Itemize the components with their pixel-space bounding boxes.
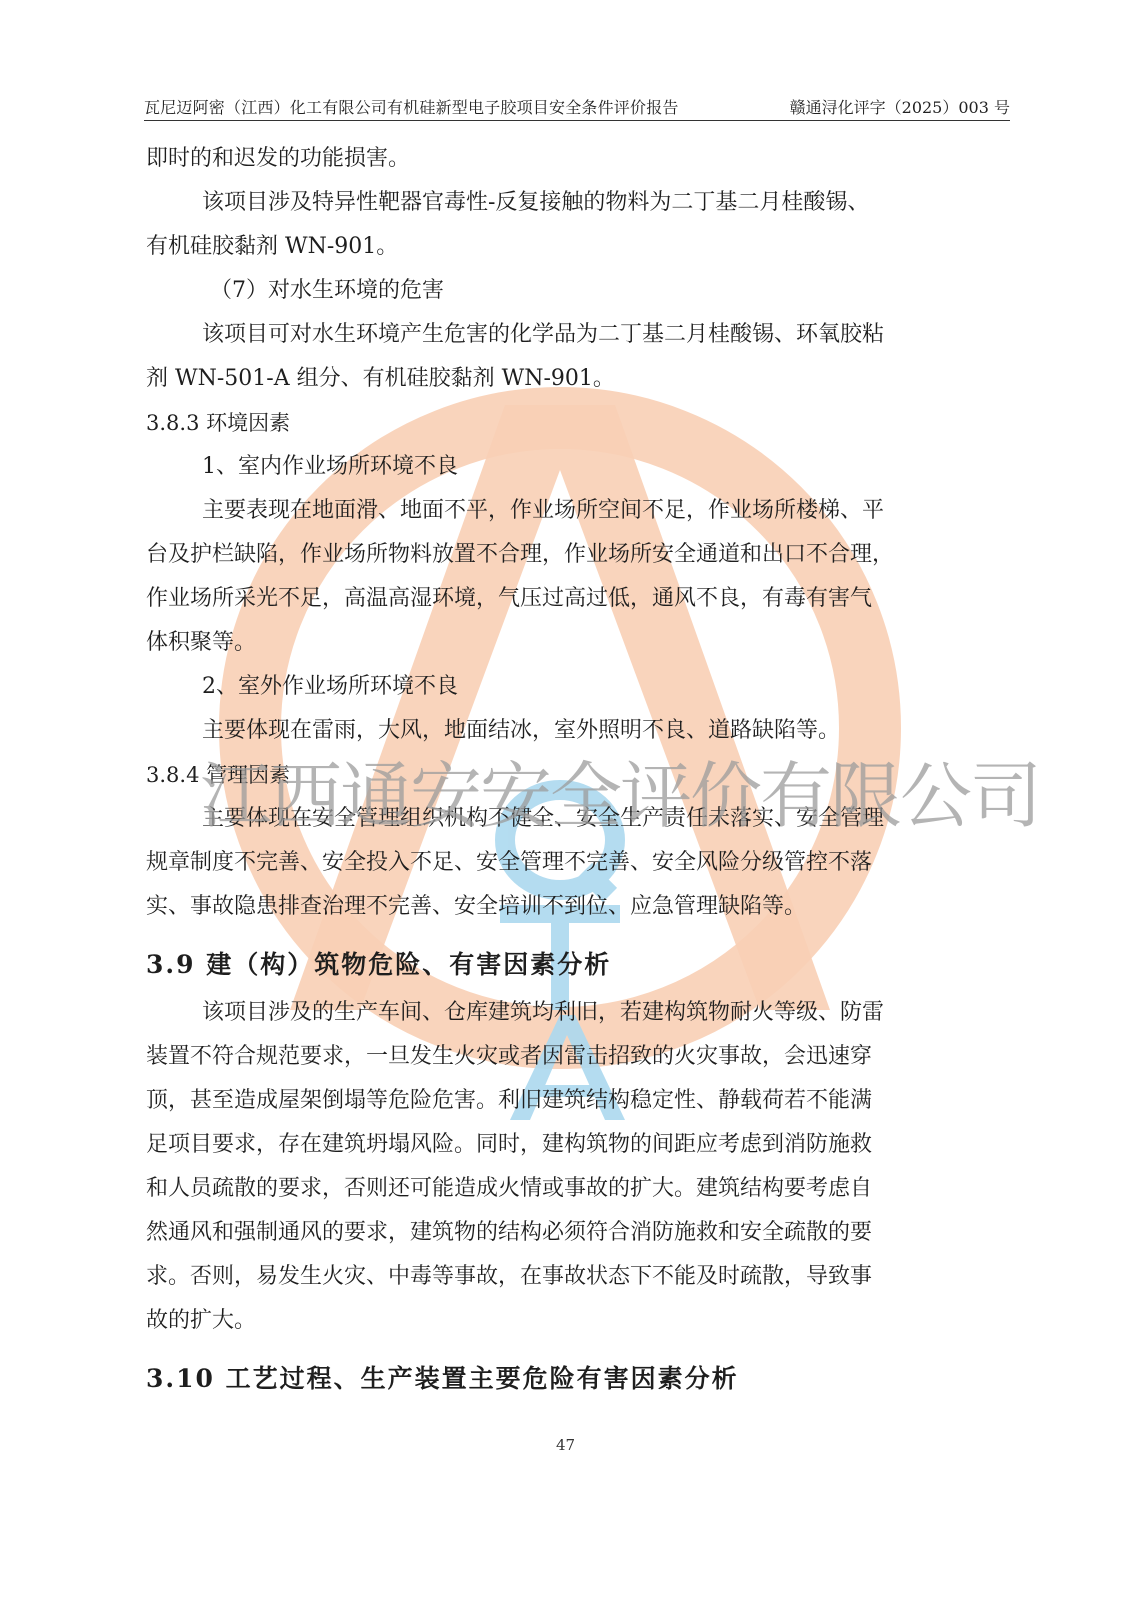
list-item-heading: 1、室内作业场所环境不良: [202, 452, 458, 482]
document-number: 赣通浔化评字（2025）003 号: [790, 95, 1010, 118]
page-header: 瓦尼迈阿密（江西）化工有限公司有机硅新型电子胶项目安全条件评价报告 赣通浔化评字…: [144, 96, 1010, 121]
body-line: 体积聚等。: [146, 628, 256, 658]
body-line: 和人员疏散的要求，否则还可能造成火情或事故的扩大。建筑结构要考虑自: [146, 1174, 872, 1204]
body-line: 作业场所采光不足，高温高湿环境，气压过高过低，通风不良，有毒有害气: [146, 584, 872, 614]
body-line: 故的扩大。: [146, 1306, 256, 1336]
document-page: 瓦尼迈阿密（江西）化工有限公司有机硅新型电子胶项目安全条件评价报告 赣通浔化评字…: [0, 0, 1131, 1600]
body-line: 该项目涉及特异性靶器官毒性-反复接触的物料为二丁基二月桂酸锡、: [202, 188, 869, 218]
body-line: 然通风和强制通风的要求，建筑物的结构必须符合消防施救和安全疏散的要: [146, 1218, 872, 1248]
body-line: 求。否则，易发生火灾、中毒等事故，在事故状态下不能及时疏散，导致事: [146, 1262, 872, 1292]
body-line: 该项目可对水生环境产生危害的化学品为二丁基二月桂酸锡、环氧胶粘: [202, 320, 884, 350]
page-number: 47: [0, 1436, 1131, 1454]
body-line: 实、事故隐患排查治理不完善、安全培训不到位、应急管理缺陷等。: [146, 892, 806, 922]
body-line: 主要体现在安全管理组织机构不健全、安全生产责任未落实、安全管理: [202, 804, 884, 834]
body-line: 足项目要求，存在建筑坍塌风险。同时，建构筑物的间距应考虑到消防施救: [146, 1130, 872, 1160]
list-item-heading: 2、室外作业场所环境不良: [202, 672, 458, 702]
subsection-heading: （7）对水生环境的危害: [210, 276, 444, 306]
body-line: 装置不符合规范要求，一旦发生火灾或者因雷击招致的火灾事故，会迅速穿: [146, 1042, 872, 1072]
section-heading-3-10: 3.10 工艺过程、生产装置主要危险有害因素分析: [146, 1364, 739, 1394]
body-line: 台及护栏缺陷，作业场所物料放置不合理，作业场所安全通道和出口不合理，: [146, 540, 894, 570]
body-line: 规章制度不完善、安全投入不足、安全管理不完善、安全风险分级管控不落: [146, 848, 872, 878]
body-line: 主要表现在地面滑、地面不平，作业场所空间不足，作业场所楼梯、平: [202, 496, 884, 526]
section-heading-3-9: 3.9 建（构）筑物危险、有害因素分析: [146, 950, 611, 980]
section-heading-3-8-3: 3.8.3 环境因素: [146, 408, 290, 438]
section-heading-3-8-4: 3.8.4 管理因素: [146, 760, 290, 790]
body-line: 该项目涉及的生产车间、仓库建筑均利旧，若建构筑物耐火等级、防雷: [202, 998, 884, 1028]
body-line: 剂 WN-501-A 组分、有机硅胶黏剂 WN-901。: [146, 364, 615, 394]
body-line: 有机硅胶黏剂 WN-901。: [146, 232, 398, 262]
report-title: 瓦尼迈阿密（江西）化工有限公司有机硅新型电子胶项目安全条件评价报告: [144, 95, 679, 118]
body-line: 顶，甚至造成屋架倒塌等危险危害。利旧建筑结构稳定性、静载荷若不能满: [146, 1086, 872, 1116]
body-line: 即时的和迟发的功能损害。: [146, 144, 410, 174]
body-line: 主要体现在雷雨，大风，地面结冰，室外照明不良、道路缺陷等。: [202, 716, 840, 746]
